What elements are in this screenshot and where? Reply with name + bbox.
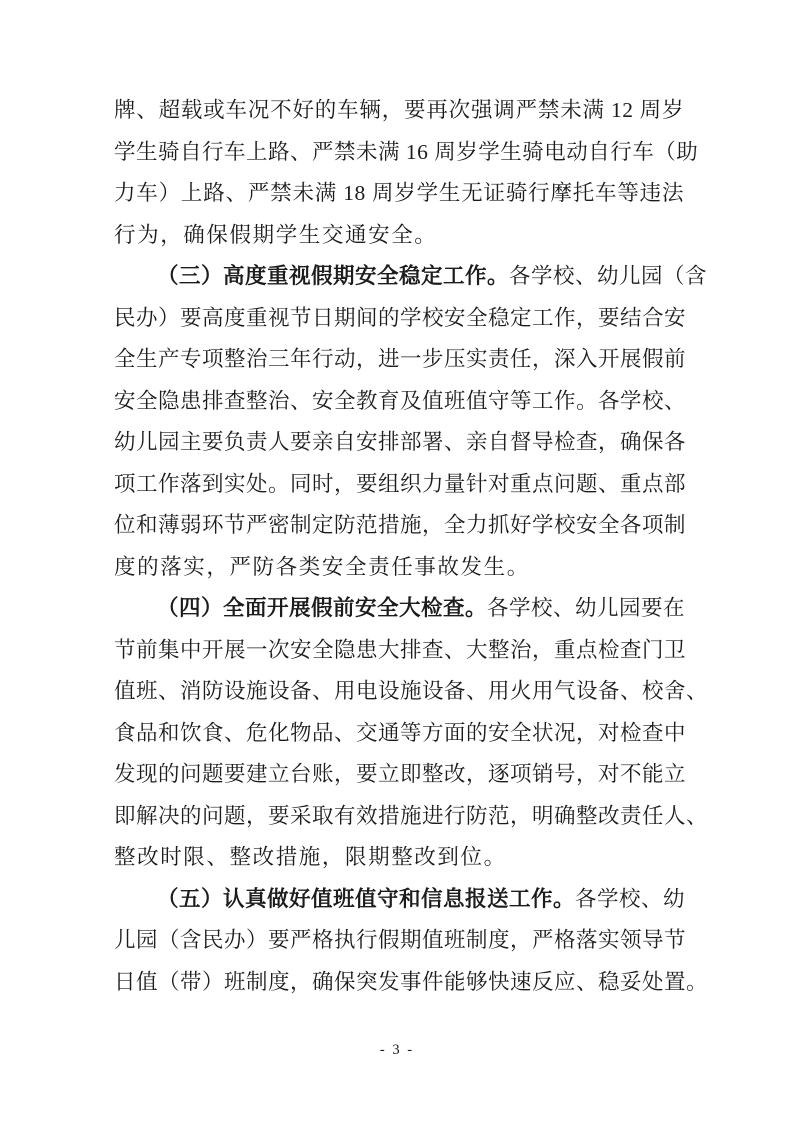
text-line: （五）认真做好值班值守和信息报送工作。各学校、幼 — [114, 879, 684, 921]
text-run: 位和薄弱环节严密制定防范措施，全力抓好学校安全各项制 — [114, 513, 686, 537]
text-run: 幼儿园主要负责人要亲自安排部署、亲自督导检查，确保各 — [114, 430, 686, 454]
paragraph-section-five: （五）认真做好值班值守和信息报送工作。各学校、幼儿园（含民办）要严格执行假期值班… — [114, 879, 684, 1004]
text-line: 行为，确保假期学生交通安全。 — [114, 215, 684, 257]
text-line: 安全隐患排查整治、安全教育及值班值守等工作。各学校、 — [114, 381, 684, 423]
document-page: 牌、超载或车况不好的车辆，要再次强调严禁未满 12 周岁学生骑自行车上路、严禁未… — [0, 0, 794, 1123]
paragraph-section-three: （三）高度重视假期安全稳定工作。各学校、幼儿园（含民办）要高度重视节日期间的学校… — [114, 256, 684, 588]
text-run: 发现的问题要建立台账，要立即整改，逐项销号，对不能立 — [114, 762, 686, 786]
text-line: 全生产专项整治三年行动，进一步压实责任，深入开展假前 — [114, 339, 684, 381]
text-line: 学生骑自行车上路、严禁未满 16 周岁学生骑电动自行车（助 — [114, 132, 684, 174]
text-run: 各学校、幼儿园（含 — [509, 264, 707, 288]
text-run: 度的落实，严防各类安全责任事故发生。 — [114, 555, 530, 579]
text-run: 节前集中开展一次安全隐患大排查、大整治，重点检查门卫 — [114, 638, 686, 662]
text-run: 即解决的问题，要采取有效措施进行防范，明确整改责任人、 — [114, 804, 708, 828]
text-run: 行为，确保假期学生交通安全。 — [114, 223, 437, 247]
text-line: 整改时限、整改措施，限期整改到位。 — [114, 837, 684, 879]
section-heading: （三）高度重视假期安全稳定工作。 — [157, 264, 509, 288]
text-line: 牌、超载或车况不好的车辆，要再次强调严禁未满 12 周岁 — [114, 90, 684, 132]
text-run: 学生骑自行车上路、严禁未满 16 周岁学生骑电动自行车（助 — [114, 140, 698, 164]
text-line: 幼儿园主要负责人要亲自安排部署、亲自督导检查，确保各 — [114, 422, 684, 464]
text-run: 力车）上路、严禁未满 18 周岁学生无证骑行摩托车等违法 — [114, 181, 684, 205]
text-line: 儿园（含民办）要严格执行假期值班制度，严格落实领导节 — [114, 920, 684, 962]
text-line: 度的落实，严防各类安全责任事故发生。 — [114, 547, 684, 589]
section-heading: （四）全面开展假前安全大检查。 — [157, 596, 487, 620]
text-run: 全生产专项整治三年行动，进一步压实责任，深入开展假前 — [114, 347, 686, 371]
text-line: 力车）上路、严禁未满 18 周岁学生无证骑行摩托车等违法 — [114, 173, 684, 215]
section-heading: （五）认真做好值班值守和信息报送工作。 — [157, 887, 575, 911]
text-run: 各学校、幼 — [575, 887, 685, 911]
text-run: 值班、消防设施设备、用电设施设备、用火用气设备、校舍、 — [114, 679, 708, 703]
text-line: （四）全面开展假前安全大检查。各学校、幼儿园要在 — [114, 588, 684, 630]
paragraph-section-four: （四）全面开展假前安全大检查。各学校、幼儿园要在节前集中开展一次安全隐患大排查、… — [114, 588, 684, 879]
text-line: （三）高度重视假期安全稳定工作。各学校、幼儿园（含 — [114, 256, 684, 298]
text-run: 安全隐患排查整治、安全教育及值班值守等工作。各学校、 — [114, 389, 686, 413]
text-line: 项工作落到实处。同时，要组织力量针对重点问题、重点部 — [114, 464, 684, 506]
text-line: 食品和饮食、危化物品、交通等方面的安全状况，对检查中 — [114, 713, 684, 755]
text-line: 即解决的问题，要采取有效措施进行防范，明确整改责任人、 — [114, 796, 684, 838]
text-run: 项工作落到实处。同时，要组织力量针对重点问题、重点部 — [114, 472, 686, 496]
text-line: 节前集中开展一次安全隐患大排查、大整治，重点检查门卫 — [114, 630, 684, 672]
text-line: 民办）要高度重视节日期间的学校安全稳定工作，要结合安 — [114, 298, 684, 340]
document-body: 牌、超载或车况不好的车辆，要再次强调严禁未满 12 周岁学生骑自行车上路、严禁未… — [114, 90, 684, 1003]
text-line: 发现的问题要建立台账，要立即整改，逐项销号，对不能立 — [114, 754, 684, 796]
text-run: 各学校、幼儿园要在 — [487, 596, 685, 620]
text-run: 牌、超载或车况不好的车辆，要再次强调严禁未满 12 周岁 — [114, 98, 684, 122]
text-line: 值班、消防设施设备、用电设施设备、用火用气设备、校舍、 — [114, 671, 684, 713]
text-line: 位和薄弱环节严密制定防范措施，全力抓好学校安全各项制 — [114, 505, 684, 547]
text-run: 食品和饮食、危化物品、交通等方面的安全状况，对检查中 — [114, 721, 686, 745]
page-number: - 3 - — [0, 1042, 794, 1059]
text-run: 民办）要高度重视节日期间的学校安全稳定工作，要结合安 — [114, 306, 686, 330]
text-run: 整改时限、整改措施，限期整改到位。 — [114, 845, 507, 869]
text-line: 日值（带）班制度，确保突发事件能够快速反应、稳妥处置。 — [114, 962, 684, 1004]
text-run: 儿园（含民办）要严格执行假期值班制度，严格落实领导节 — [114, 928, 686, 952]
paragraph-traffic-safety-continuation: 牌、超载或车况不好的车辆，要再次强调严禁未满 12 周岁学生骑自行车上路、严禁未… — [114, 90, 684, 256]
text-run: 日值（带）班制度，确保突发事件能够快速反应、稳妥处置。 — [114, 970, 708, 994]
